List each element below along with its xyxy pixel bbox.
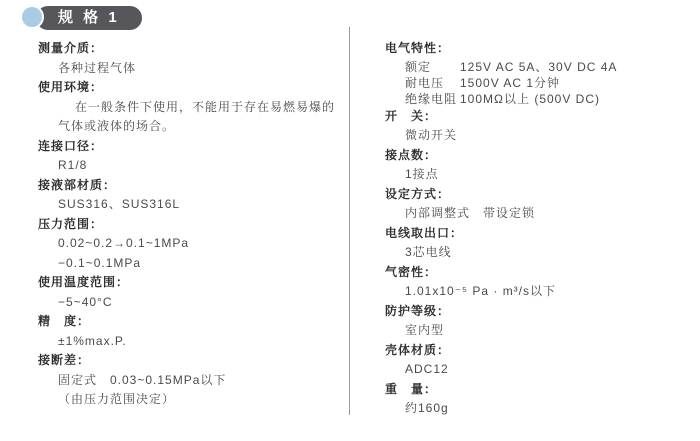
column-divider: [349, 27, 350, 415]
spec-section-electrical: 电气特性： 额定125V AC 5A、30V DC 4A 耐电压1500V AC…: [385, 39, 690, 107]
spec-section-accuracy: 精 度： ±1%max.P.: [38, 312, 349, 351]
spec-label: 电线取出口：: [385, 224, 690, 244]
spec-label: 使用温度范围：: [38, 273, 349, 293]
spec-kv-key: 耐电压: [405, 75, 460, 91]
spec-label: 使用环境：: [38, 78, 349, 98]
spec-label: 接点数：: [385, 146, 690, 166]
spec-columns: 测量介质： 各种过程气体 使用环境： 在一般条件下使用，不能用于存在易燃易爆的 …: [0, 39, 700, 419]
spec-value: 内部调整式 带设定锁: [385, 204, 690, 224]
spec-value: 1接点: [385, 165, 690, 185]
spec-value: 室内型: [385, 321, 690, 341]
spec-kv-row: 耐电压1500V AC 1分钟: [385, 75, 690, 91]
spec-kv-value: 1500V AC 1分钟: [460, 75, 560, 91]
spec-label: 壳体材质：: [385, 341, 690, 361]
spec-value: 约160g: [385, 399, 690, 419]
spec-value: 1.01x10⁻⁵ Pa · m³/s以下: [385, 282, 690, 302]
spec-kv-value: 100MΩ以上 (500V DC): [460, 91, 600, 107]
spec-value: −5~40°C: [38, 293, 349, 313]
page-title: 规 格 1: [58, 9, 120, 26]
spec-section-wetted-material: 接液部材质： SUS316、SUS316L: [38, 176, 349, 215]
spec-value: 3芯电线: [385, 243, 690, 263]
spec-value: 各种过程气体: [38, 59, 349, 79]
spec-label: 开 关：: [385, 107, 690, 127]
spec-kv-key: 绝缘电阻: [405, 91, 460, 107]
spec-value: SUS316、SUS316L: [38, 195, 349, 215]
spec-value: ±1%max.P.: [38, 332, 349, 352]
spec-section-setting-method: 设定方式： 内部调整式 带设定锁: [385, 185, 690, 224]
spec-value: R1/8: [38, 156, 349, 176]
spec-section-pressure-range: 压力范围： 0.02~0.2→0.1~1MPa −0.1~0.1MPa: [38, 215, 349, 274]
spec-value: ADC12: [385, 360, 690, 380]
spec-section-contact-count: 接点数： 1接点: [385, 146, 690, 185]
left-column: 测量介质： 各种过程气体 使用环境： 在一般条件下使用，不能用于存在易燃易爆的 …: [0, 39, 349, 419]
spec-section-switching-differential: 接断差： 固定式 0.03~0.15MPa以下 （由压力范围决定）: [38, 351, 349, 410]
spec-value: 气体或液体的场合。: [38, 117, 349, 137]
spec-label: 重 量：: [385, 380, 690, 400]
spec-section-protection-class: 防护等级： 室内型: [385, 302, 690, 341]
spec-section-connection-size: 连接口径： R1/8: [38, 137, 349, 176]
spec-value: −0.1~0.1MPa: [38, 254, 349, 274]
spec-section-measuring-medium: 测量介质： 各种过程气体: [38, 39, 349, 78]
spec-value: 微动开关: [385, 126, 690, 146]
spec-section-temperature-range: 使用温度范围： −5~40°C: [38, 273, 349, 312]
spec-label: 压力范围：: [38, 215, 349, 235]
spec-label: 防护等级：: [385, 302, 690, 322]
section-title-badge: 规 格 1: [36, 6, 142, 30]
spec-label: 测量介质：: [38, 39, 349, 59]
spec-kv-row: 额定125V AC 5A、30V DC 4A: [385, 59, 690, 75]
section-header: 规 格 1: [0, 3, 700, 32]
spec-section-switch: 开 关： 微动开关: [385, 107, 690, 146]
spec-section-weight: 重 量： 约160g: [385, 380, 690, 419]
bullet-circle-icon: [20, 5, 44, 29]
spec-value: 0.02~0.2→0.1~1MPa: [38, 234, 349, 254]
spec-section-housing-material: 壳体材质： ADC12: [385, 341, 690, 380]
spec-label: 气密性：: [385, 263, 690, 283]
spec-section-wire-outlet: 电线取出口： 3芯电线: [385, 224, 690, 263]
spec-label: 连接口径：: [38, 137, 349, 157]
right-column: 电气特性： 额定125V AC 5A、30V DC 4A 耐电压1500V AC…: [349, 39, 700, 419]
spec-label: 精 度：: [38, 312, 349, 332]
spec-value: 在一般条件下使用，不能用于存在易燃易爆的: [38, 98, 349, 118]
spec-label: 接断差：: [38, 351, 349, 371]
spec-value: （由压力范围决定）: [38, 390, 349, 410]
spec-kv-value: 125V AC 5A、30V DC 4A: [460, 59, 617, 75]
spec-label: 电气特性：: [385, 39, 690, 59]
spec-section-air-tightness: 气密性： 1.01x10⁻⁵ Pa · m³/s以下: [385, 263, 690, 302]
spec-section-operating-environment: 使用环境： 在一般条件下使用，不能用于存在易燃易爆的 气体或液体的场合。: [38, 78, 349, 137]
spec-value: 固定式 0.03~0.15MPa以下: [38, 371, 349, 391]
spec-label: 接液部材质：: [38, 176, 349, 196]
spec-kv-key: 额定: [405, 59, 460, 75]
spec-label: 设定方式：: [385, 185, 690, 205]
spec-kv-row: 绝缘电阻100MΩ以上 (500V DC): [385, 91, 690, 107]
